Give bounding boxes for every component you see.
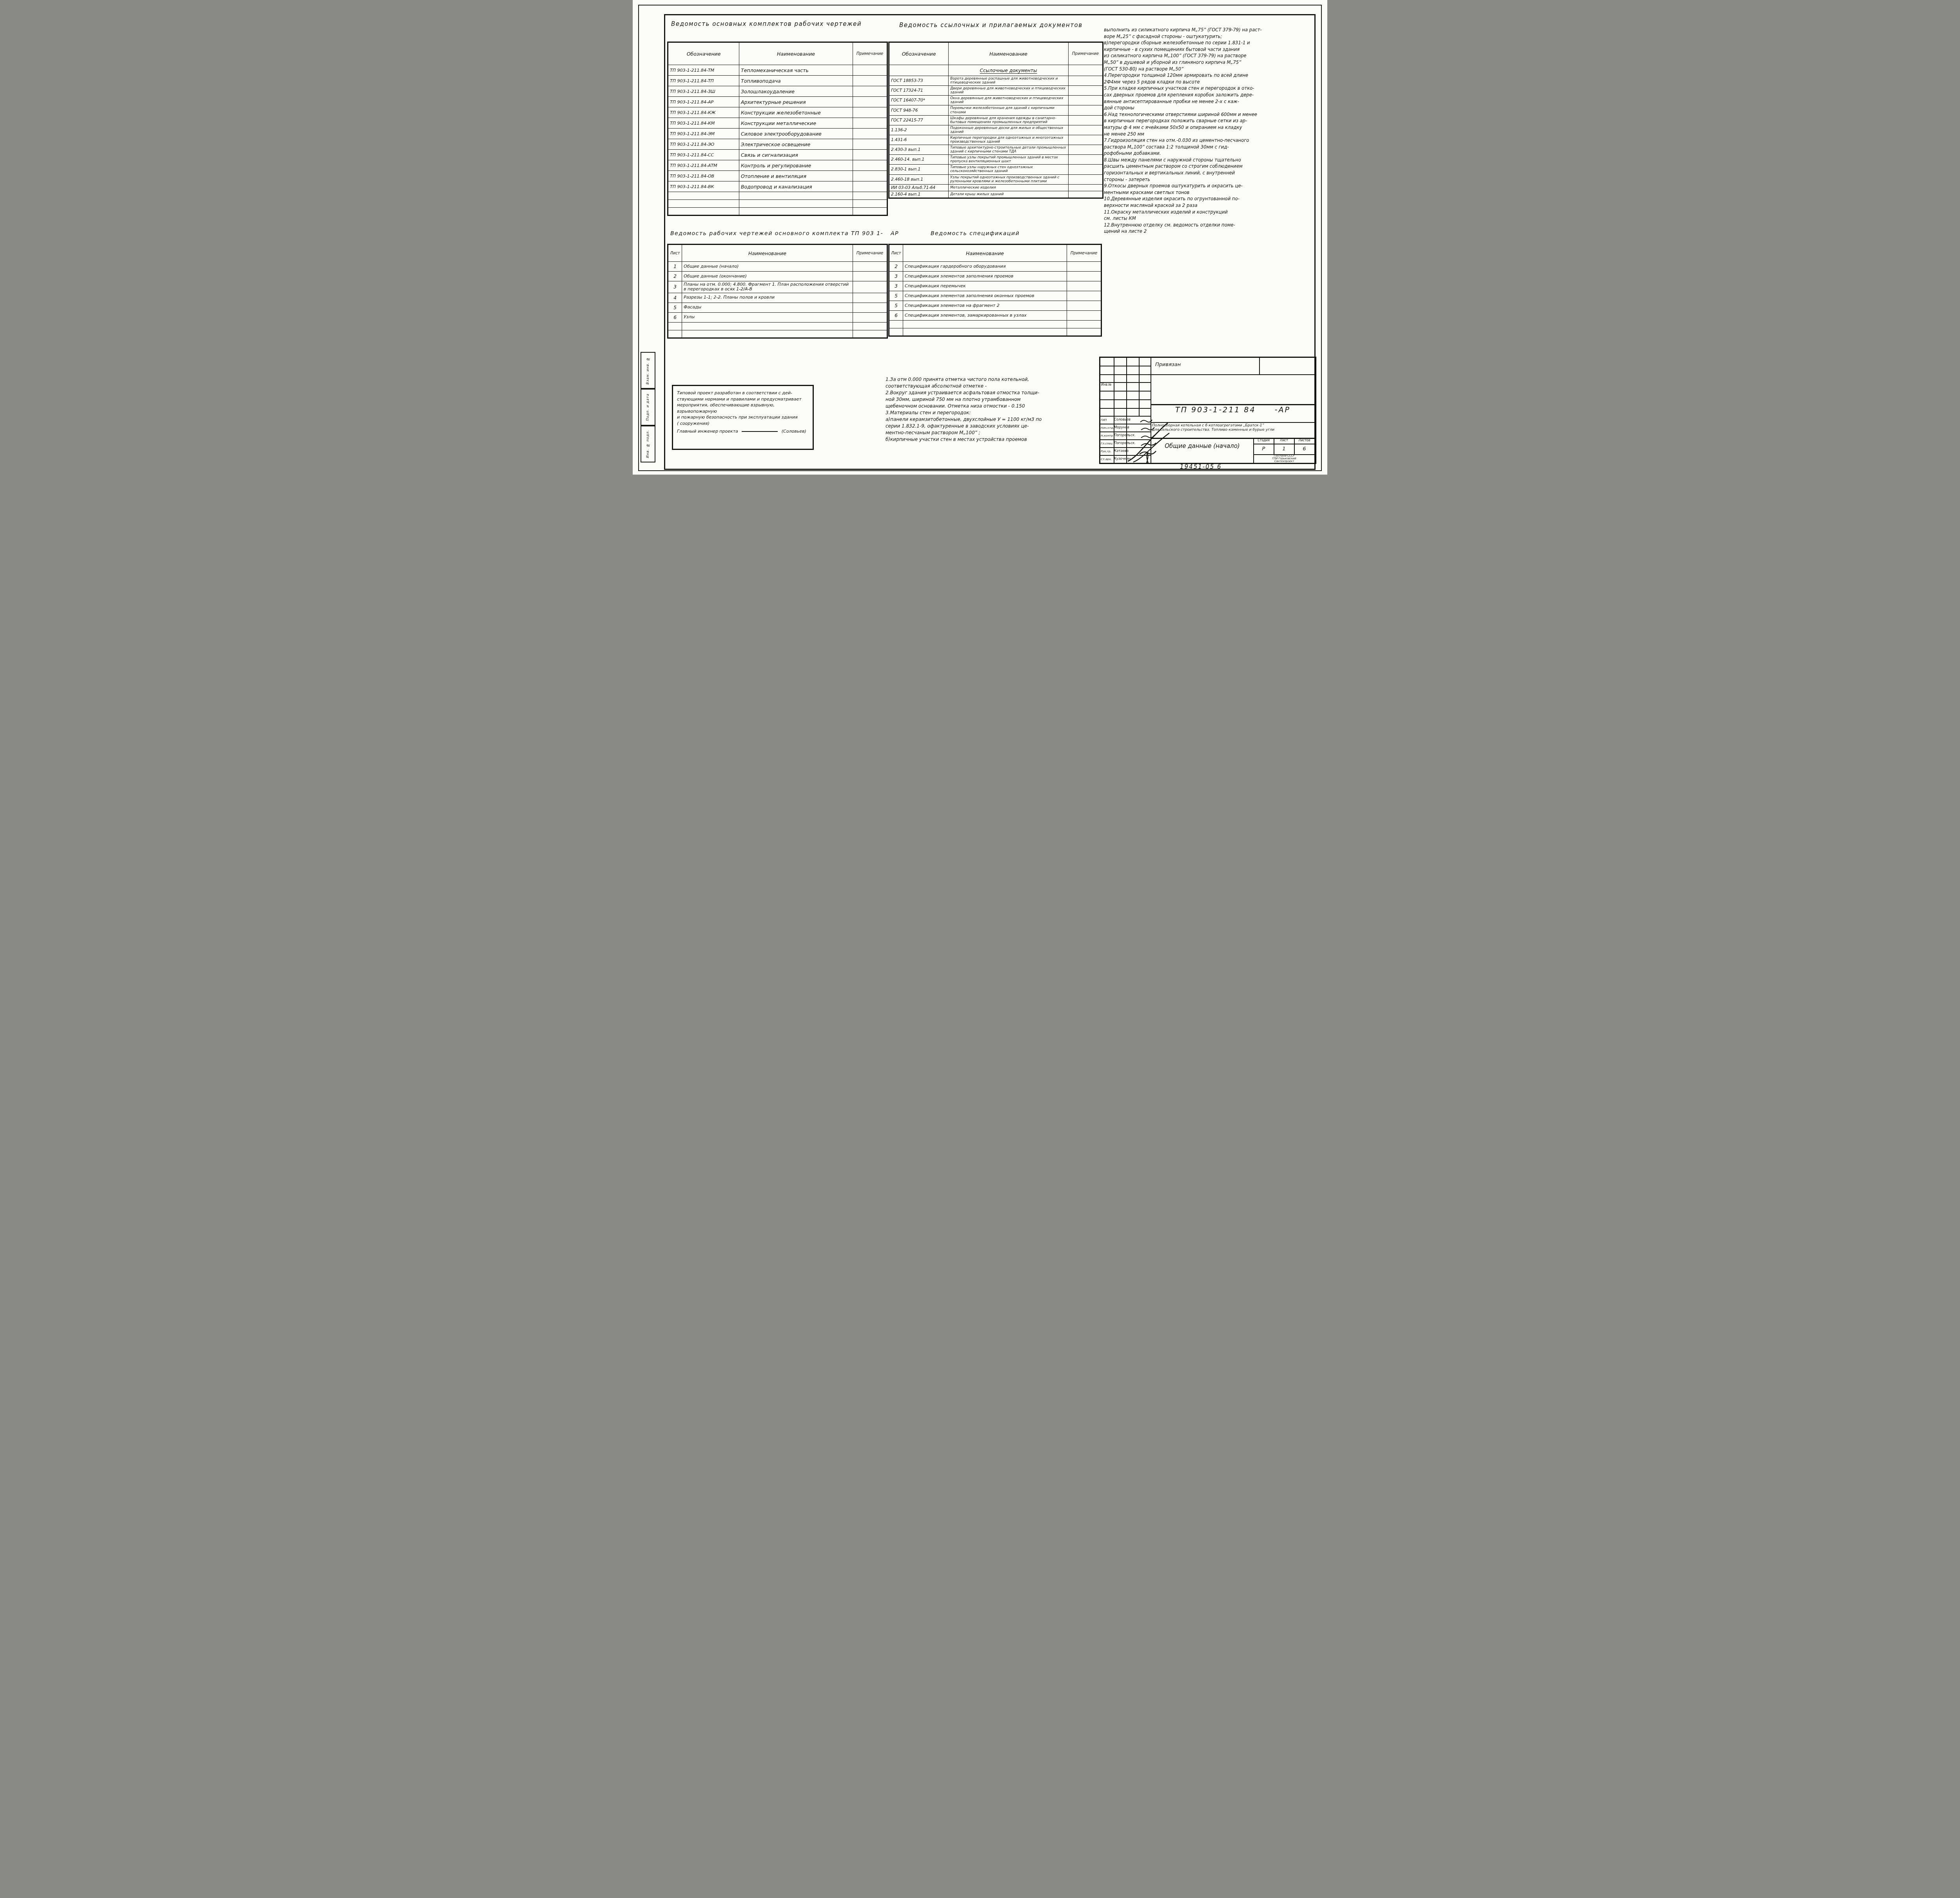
doc-code-cell: ТП 903-1-211.84-ЗШ <box>668 86 739 97</box>
ref-docs-row: 2.460-18 вып.1 Узлы покрытий одноэтажных… <box>889 174 1103 184</box>
ref-docs-row: 1.431-6 Кирпичные перегородки для одноэт… <box>889 135 1103 145</box>
doc-code-cell: ТП 903-1-211.84-СС <box>668 150 739 160</box>
disclaimer-box: Типовой проект разработан в соответствии… <box>672 385 814 450</box>
doc-code-cell: ГОСТ 948-76 <box>889 105 949 115</box>
doc-name-cell: Отопление и вентиляция <box>739 171 853 181</box>
doc-note-cell <box>853 171 887 181</box>
ref-docs-row: ГОСТ 16407-70* Окна деревянные для живот… <box>889 96 1103 105</box>
specs-header-note: Примечание <box>1067 245 1102 262</box>
main-sets-row: ТП 903-1-211.84-КМ Конструкции металличе… <box>668 118 887 129</box>
main-sets-row: ТП 903-1-211.84-АТМ Контроль и регулиров… <box>668 160 887 171</box>
spec-note-cell <box>1067 272 1102 281</box>
spec-sheet-number-cell: 2 <box>889 262 903 272</box>
sheets-row: 1 Общие данные (начало) <box>668 262 887 272</box>
document-code-suffix: -АР <box>1275 406 1290 414</box>
left-margin-stamp: Взам. инв. № Подп. и дата Инв. № подл. <box>641 352 655 463</box>
inventory-number-label: Инв.№ <box>1101 383 1112 386</box>
doc-note-cell <box>1069 165 1103 174</box>
doc-name-cell: Топливоподача <box>739 76 853 86</box>
chief-engineer-label: Главный инженер проекта <box>677 429 738 434</box>
doc-name-cell: Архитектурные решения <box>739 97 853 107</box>
doc-note-cell <box>853 160 887 171</box>
sheet-number-cell: 2 <box>668 272 682 281</box>
left-margin-stamp-label: Инв. № подл. <box>646 430 650 458</box>
doc-code-cell: 2.460-18 вып.1 <box>889 174 949 184</box>
ref-docs-row: ГОСТ 948-76 Перемычки железобетонные для… <box>889 105 1103 115</box>
doc-code-cell: ТП 903-1-211.84-КЖ <box>668 107 739 118</box>
main-sets-row: ТП 903-1-211.84-ЭМ Силовое электрооборуд… <box>668 129 887 139</box>
doc-note-cell <box>853 65 887 76</box>
main-sets-row: ТП 903-1-211.84-ОВ Отопление и вентиляци… <box>668 171 887 181</box>
sheets-row: 4 Разрезы 1-1; 2-2. Планы полов и кровли <box>668 293 887 303</box>
empty-cell <box>853 208 887 216</box>
doc-note-cell <box>1069 115 1103 125</box>
doc-code-cell: 1.431-6 <box>889 135 949 145</box>
empty-cell <box>853 192 887 200</box>
doc-note-cell <box>853 118 887 129</box>
doc-note-cell <box>1069 145 1103 155</box>
empty-cell <box>682 322 853 330</box>
organization-name: Госстрой СССР ГПИ Горьковский Сантехпрое… <box>1254 455 1314 463</box>
ref-docs-row: ГОСТ 17324-71 Двери деревянные для живот… <box>889 86 1103 96</box>
doc-note-cell <box>1069 184 1103 191</box>
doc-code-cell: ГОСТ 16407-70* <box>889 96 949 105</box>
specs-row: 5 Спецификация элементов заполнения окон… <box>889 291 1102 301</box>
spec-name-cell: Спецификация элементов, замаркированных … <box>903 311 1067 321</box>
doc-note-cell <box>853 139 887 150</box>
sheet-note-cell <box>853 272 887 281</box>
empty-cell <box>668 200 739 208</box>
empty-cell <box>903 328 1067 336</box>
sheet-number-cell: 6 <box>668 312 682 322</box>
doc-note-cell <box>853 129 887 139</box>
main-sets-row: ТП 903-1-211.84-ТП Топливоподача <box>668 76 887 86</box>
empty-cell <box>668 208 739 216</box>
main-sets-row: ТП 903-1-211.84-АР Архитектурные решения <box>668 97 887 107</box>
doc-note-cell <box>1069 174 1103 184</box>
disclaimer-text: Типовой проект разработан в соответствии… <box>673 386 813 426</box>
doc-code-cell: ИИ 03-03 Альб.71-64 <box>889 184 949 191</box>
doc-name-cell: Силовое электрооборудование <box>739 129 853 139</box>
sheet-name-cell: Узлы <box>682 312 853 322</box>
empty-cell <box>903 321 1067 328</box>
left-margin-stamp-label: Взам. инв. № <box>646 357 650 384</box>
spec-sheet-number-cell: 3 <box>889 272 903 281</box>
sheet-name-cell: Фасады <box>682 303 853 312</box>
doc-code-cell: 1.136-2 <box>889 125 949 135</box>
doc-name-cell: Тепломеханическая часть <box>739 65 853 76</box>
spec-sheet-number-cell: 5 <box>889 291 903 301</box>
staff-role: Нач.отд. <box>1100 426 1114 430</box>
main-sets-header-note: Примечание <box>853 42 887 65</box>
chief-engineer-name: (Соловьев) <box>782 429 806 434</box>
doc-name-cell: Конструкции металлические <box>739 118 853 129</box>
staff-role: Ст.арх. <box>1100 457 1114 461</box>
doc-code-cell: ТП 903-1-211.84-ЭМ <box>668 129 739 139</box>
spec-note-cell <box>1067 262 1102 272</box>
sheet-number-cell: 5 <box>668 303 682 312</box>
sheet-name-cell: Общие данные (окончание) <box>682 272 853 281</box>
main-sets-row: ТП 903-1-211.84-СС Связь и сигнализация <box>668 150 887 160</box>
sheet-note-cell <box>853 281 887 293</box>
ref-docs-table: Обозначение Наименование Примечание Ссыл… <box>888 42 1103 199</box>
spec-sheet-number-cell: 5 <box>889 301 903 311</box>
sheet-note-cell <box>853 312 887 322</box>
specs-row: 2 Спецификация гардеробного оборудования <box>889 262 1102 272</box>
title-block: Инв.№ ГИП Соловьев Нач.отд. Морунов Н.ко… <box>1099 357 1316 464</box>
archive-number: 19451-05 6 <box>1180 463 1222 470</box>
doc-name-cell: Подоконные деревянные доски для жилых и … <box>949 125 1069 135</box>
empty-cell <box>853 322 887 330</box>
empty-cell <box>853 330 887 338</box>
sheets-total-value: 6 <box>1294 446 1314 452</box>
spec-sheet-number-cell: 6 <box>889 311 903 321</box>
sheet-number-cell: 4 <box>668 293 682 303</box>
specs-row: 3 Спецификация элементов заполнения прое… <box>889 272 1102 281</box>
sheets-row: 2 Общие данные (окончание) <box>668 272 887 281</box>
sheets-row: 5 Фасады <box>668 303 887 312</box>
doc-name-cell: Окна деревянные для животновод­ческих и … <box>949 96 1069 105</box>
empty-cell <box>668 192 739 200</box>
disclaimer-signature-line: Главный инженер проекта (Соловьев) <box>673 426 813 434</box>
empty-cell <box>889 321 903 328</box>
doc-code-cell: ГОСТ 22415-77 <box>889 115 949 125</box>
ref-docs-row: ИИ 03-03 Альб.71-64 Металлические издели… <box>889 184 1103 191</box>
document-code-main: ТП 903-1-211 84 <box>1175 406 1256 414</box>
stage-header: Стадия <box>1254 439 1274 442</box>
doc-note-cell <box>853 76 887 86</box>
doc-code-cell: 2.830-1 вып.1 <box>889 165 949 174</box>
sheet-title: Общие данные (начало) <box>1152 442 1252 450</box>
specs-row: 3 Спецификация перемычек <box>889 281 1102 291</box>
doc-code-cell: ТП 903-1-211.84-ТП <box>668 76 739 86</box>
left-margin-stamp-cell: Взам. инв. № <box>641 352 655 389</box>
ref-docs-subheader: Ссылочные документы <box>949 65 1069 76</box>
empty-cell <box>889 65 949 76</box>
doc-name-cell: Электрическое освещение <box>739 139 853 150</box>
main-sets-header-name: Наименование <box>739 42 853 65</box>
doc-note-cell <box>1069 191 1103 198</box>
spec-note-cell <box>1067 301 1102 311</box>
binding-label: Привязан <box>1155 362 1181 368</box>
doc-name-cell: Металлические изделия <box>949 184 1069 191</box>
sheet-number-cell: 1 <box>668 262 682 272</box>
main-sets-table: Обозначение Наименование Примечание ТП 9… <box>667 42 888 216</box>
ref-docs-row: 2.160-4 вып.1 Детали крыш жилых зданий <box>889 191 1103 198</box>
sheets-header-name: Наименование <box>682 245 853 262</box>
empty-cell <box>739 192 853 200</box>
sheet-number-value: 1 <box>1274 446 1294 452</box>
main-sets-row: ТП 903-1-211.84-КЖ Конструкции железобет… <box>668 107 887 118</box>
sheets-table: Лист Наименование Примечание 1 Общие дан… <box>667 244 888 339</box>
signature-rule <box>742 431 778 432</box>
doc-note-cell <box>1069 135 1103 145</box>
doc-name-cell: Контроль и регулирование <box>739 160 853 171</box>
stage-value: Р <box>1254 446 1274 452</box>
sheet-number-cell: 3 <box>668 281 682 293</box>
doc-name-cell: Шкафы деревянные для хранения одежды в с… <box>949 115 1069 125</box>
specs-row: 5 Спецификация элементов на фрагмент 2 <box>889 301 1102 311</box>
doc-name-cell: Детали крыш жилых зданий <box>949 191 1069 198</box>
main-sets-row: ТП 903-1-211.84-ТМ Тепломеханическая час… <box>668 65 887 76</box>
sheets-header-note: Примечание <box>853 245 887 262</box>
spec-name-cell: Спецификация гардеробного оборудования <box>903 262 1067 272</box>
doc-code-cell: ГОСТ 18853-73 <box>889 76 949 86</box>
spec-name-cell: Спецификация элементов на фрагмент 2 <box>903 301 1067 311</box>
doc-code-cell: ТП 903-1-211.84-АР <box>668 97 739 107</box>
specs-header-sheet: Лист <box>889 245 903 262</box>
doc-code-cell: ТП 903-1-211.84-ТМ <box>668 65 739 76</box>
doc-name-cell: Связь и сигнализация <box>739 150 853 160</box>
empty-cell <box>739 208 853 216</box>
main-sets-row: ТП 903-1-211.84-ЗШ Золошлакоудаление <box>668 86 887 97</box>
empty-cell <box>668 322 682 330</box>
doc-note-cell <box>1069 86 1103 96</box>
doc-name-cell: Двери деревянные для животноводческих и … <box>949 86 1069 96</box>
sheet-header: Лист <box>1274 439 1294 442</box>
ref-docs-row: ГОСТ 22415-77 Шкафы деревянные для хране… <box>889 115 1103 125</box>
empty-cell <box>682 330 853 338</box>
doc-name-cell: Конструкции железобетонные <box>739 107 853 118</box>
sheet-name-cell: Разрезы 1-1; 2-2. Планы полов и кровли <box>682 293 853 303</box>
doc-name-cell: Перемычки железобетонные для зданий с ки… <box>949 105 1069 115</box>
doc-name-cell: Кирпичные перегородки для одноэтажных и … <box>949 135 1069 145</box>
empty-cell <box>1067 328 1102 336</box>
doc-code-cell: 2.460-14. вып.1 <box>889 155 949 165</box>
sheets-row: 6 Узлы <box>668 312 887 322</box>
doc-name-cell: Золошлакоудаление <box>739 86 853 97</box>
sheet-note-cell <box>853 262 887 272</box>
doc-code-cell: ТП 903-1-211.84-КМ <box>668 118 739 129</box>
spec-note-cell <box>1067 291 1102 301</box>
doc-note-cell <box>1069 155 1103 165</box>
doc-name-cell: Типовые узлы покрытий промышленных здани… <box>949 155 1069 165</box>
specs-row: 6 Спецификация элементов, замаркированны… <box>889 311 1102 321</box>
doc-note-cell <box>853 86 887 97</box>
ref-docs-title: Ведомость ссылочных и прилагаемых докуме… <box>899 22 1082 29</box>
empty-cell <box>668 330 682 338</box>
empty-cell <box>889 328 903 336</box>
staff-role: Гл.спец <box>1100 442 1114 445</box>
doc-note-cell <box>853 181 887 192</box>
main-sets-header-code: Обозначение <box>668 42 739 65</box>
empty-cell <box>853 200 887 208</box>
doc-name-cell: Водопровод и канализация <box>739 181 853 192</box>
sheet-name-cell: Общие данные (начало) <box>682 262 853 272</box>
specs-table: Лист Наименование Примечание 2 Специфика… <box>888 244 1102 337</box>
spec-note-cell <box>1067 281 1102 291</box>
document-code: ТП 903-1-211 84 -АР <box>1151 406 1315 414</box>
sheet-note-cell <box>853 293 887 303</box>
ref-docs-row: 2.430-3 вып.1 Типовые архитектурно-строи… <box>889 145 1103 155</box>
sheet-note-cell <box>853 303 887 312</box>
empty-cell <box>1069 65 1103 76</box>
doc-name-cell: Типовые архитектурно-строительные детали… <box>949 145 1069 155</box>
general-notes-right: выполнить из силикатного кирпича М„75” (… <box>1104 27 1314 235</box>
doc-note-cell <box>853 150 887 160</box>
ref-docs-row: 2.830-1 вып.1 Типовые узлы наружных стен… <box>889 165 1103 174</box>
left-margin-stamp-cell: Подп. и дата <box>641 389 655 426</box>
ref-docs-header-name: Наименование <box>949 42 1069 65</box>
general-notes-bottom: 1.За отм 0.000 принята отметка чистого п… <box>886 376 1105 443</box>
doc-note-cell <box>1069 76 1103 86</box>
spec-sheet-number-cell: 3 <box>889 281 903 291</box>
sheets-header-sheet: Лист <box>668 245 682 262</box>
main-sets-row: ТП 903-1-211.84-ЭО Электрическое освещен… <box>668 139 887 150</box>
project-name: Полносборная котельная с 6 котлоагрегата… <box>1152 423 1314 432</box>
doc-code-cell: 2.160-4 вып.1 <box>889 191 949 198</box>
doc-note-cell <box>1069 96 1103 105</box>
drawing-sheet: Взам. инв. № Подп. и дата Инв. № подл. В… <box>633 0 1327 475</box>
doc-code-cell: 2.430-3 вып.1 <box>889 145 949 155</box>
sheets-row: 3 Планы на отм. 0.000; 4.800. Фрагмент 1… <box>668 281 887 293</box>
ref-docs-row: ГОСТ 18853-73 Ворота деревянные распашны… <box>889 76 1103 86</box>
doc-code-cell: ТП 903-1-211.84-ОВ <box>668 171 739 181</box>
sheet-name-cell: Планы на отм. 0.000; 4.800. Фрагмент 1. … <box>682 281 853 293</box>
ref-docs-header-code: Обозначение <box>889 42 949 65</box>
doc-code-cell: ГОСТ 17324-71 <box>889 86 949 96</box>
spec-note-cell <box>1067 311 1102 321</box>
left-margin-stamp-cell: Инв. № подл. <box>641 426 655 462</box>
specs-title: Ведомость спецификаций <box>931 230 1020 237</box>
left-margin-stamp-label: Подп. и дата <box>646 393 650 421</box>
spec-name-cell: Спецификация элементов заполнения оконны… <box>903 291 1067 301</box>
doc-note-cell <box>853 97 887 107</box>
doc-note-cell <box>853 107 887 118</box>
main-sets-title: Ведомость основных комплектов рабочих че… <box>671 20 862 27</box>
empty-cell <box>1067 321 1102 328</box>
doc-code-cell: ТП 903-1-211.84-ВК <box>668 181 739 192</box>
doc-code-cell: ТП 903-1-211.84-АТМ <box>668 160 739 171</box>
staff-role: Рук.гр. <box>1100 450 1114 453</box>
doc-code-cell: ТП 903-1-211.84-ЭО <box>668 139 739 150</box>
doc-note-cell <box>1069 125 1103 135</box>
ref-docs-header-note: Примечание <box>1069 42 1103 65</box>
sheets-count-header: Листов <box>1294 439 1314 442</box>
ref-docs-row: 1.136-2 Подоконные деревянные доски для … <box>889 125 1103 135</box>
spec-name-cell: Спецификация перемычек <box>903 281 1067 291</box>
doc-name-cell: Ворота деревянные распашные для животнов… <box>949 76 1069 86</box>
staff-role: Н.контр <box>1100 434 1114 437</box>
doc-name-cell: Типовые узлы наружных стен одноэтажных с… <box>949 165 1069 174</box>
staff-role: ГИП <box>1100 418 1114 422</box>
empty-cell <box>739 200 853 208</box>
ref-docs-row: 2.460-14. вып.1 Типовые узлы покрытий пр… <box>889 155 1103 165</box>
sheets-title-suffix: АР <box>891 230 899 237</box>
doc-name-cell: Узлы покрытий одноэтажных производ­ствен… <box>949 174 1069 184</box>
main-sets-row: ТП 903-1-211.84-ВК Водопровод и канализа… <box>668 181 887 192</box>
spec-name-cell: Спецификация элементов заполнения проемо… <box>903 272 1067 281</box>
sheets-title: Ведомость рабочих чертежей основного ком… <box>670 230 883 237</box>
specs-header-name: Наименование <box>903 245 1067 262</box>
doc-note-cell <box>1069 105 1103 115</box>
